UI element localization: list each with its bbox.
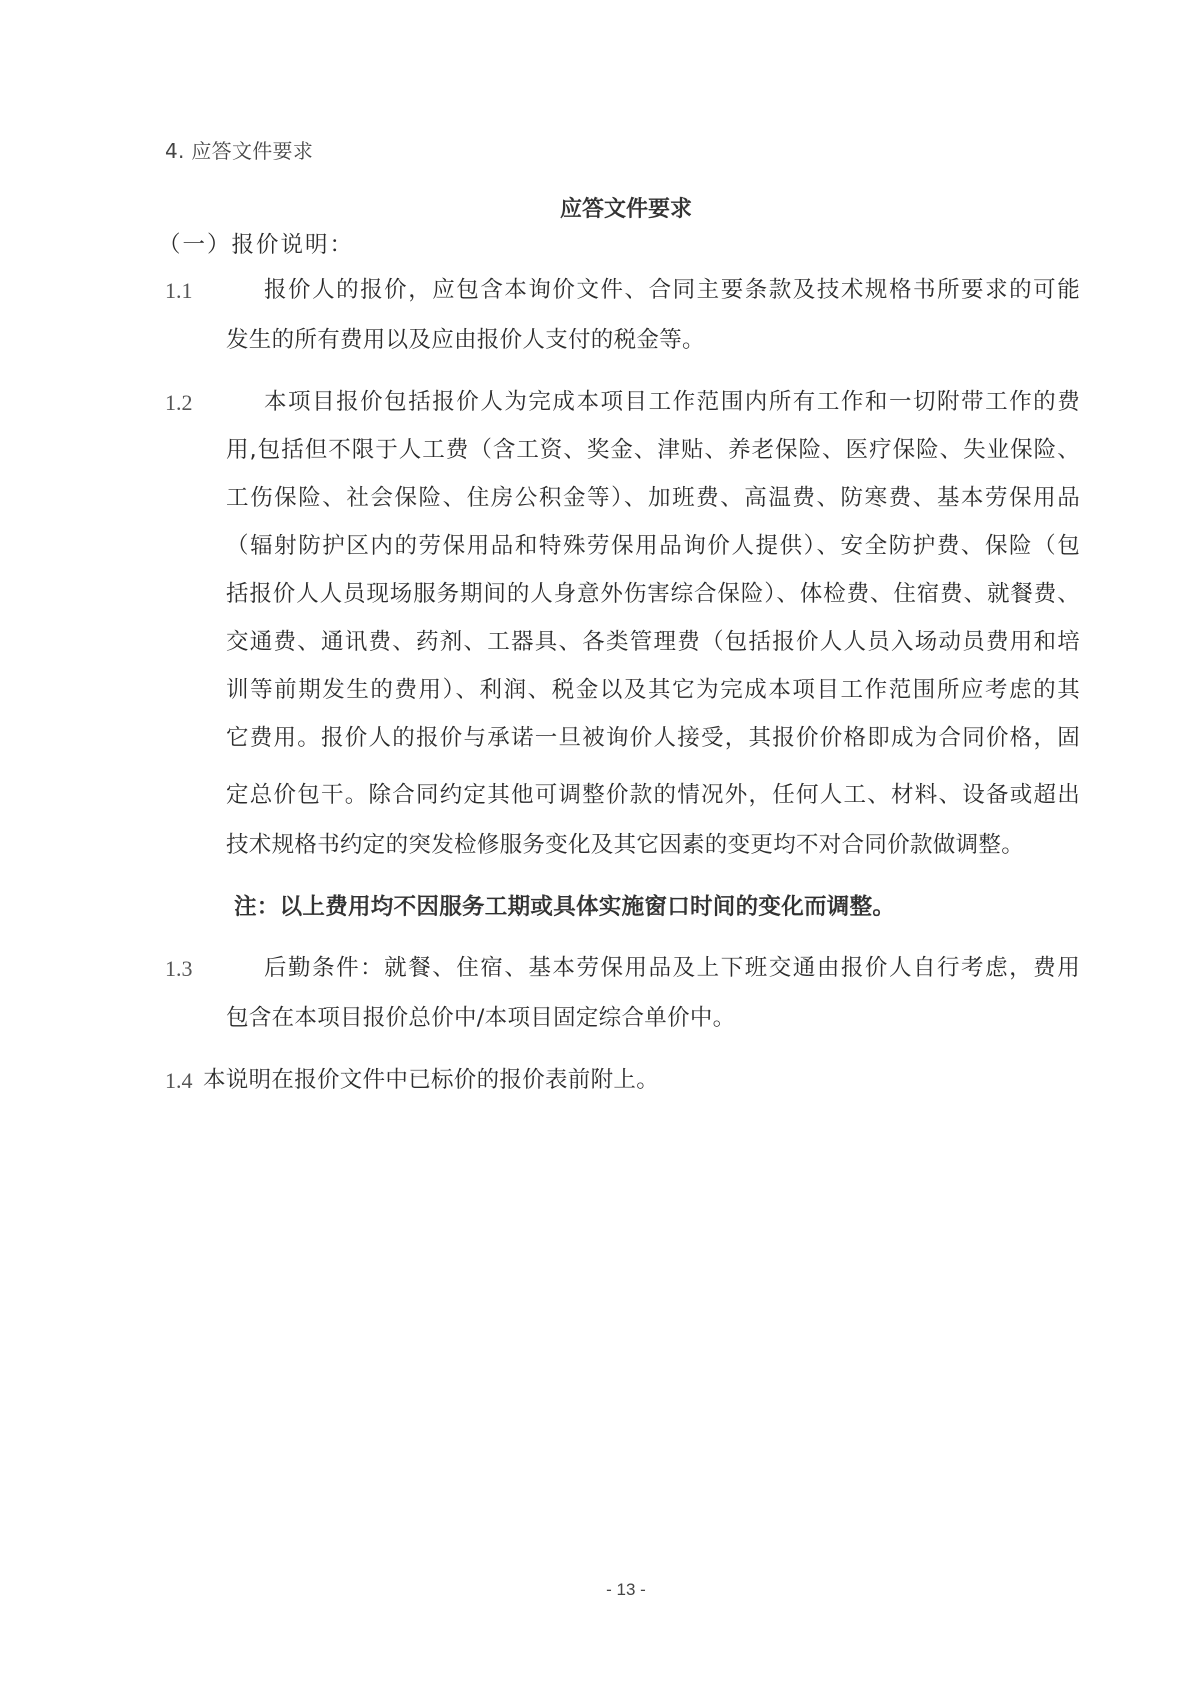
note-fixed-cost: 注：以上费用均不因服务工期或具体实施窗口时间的变化而调整。 [234, 896, 895, 919]
item-number-1-2: 1.2 [165, 392, 193, 414]
item-1-3-line: 后勤条件：就餐、住宿、基本劳保用品及上下班交通由报价人自行考虑，费用 [264, 957, 1080, 980]
item-1-3-line: 包含在本项目报价总价中/本项目固定综合单价中。 [226, 1007, 735, 1030]
subheading-pricing-notes: （一）报价说明： [158, 234, 354, 257]
item-1-1-line: 报价人的报价，应包含本询价文件、合同主要条款及技术规格书所要求的可能 [264, 279, 1080, 302]
document-title: 应答文件要求 [0, 199, 1200, 221]
item-1-2-line: 括报价人人员现场服务期间的人身意外伤害综合保险）、体检费、住宿费、就餐费、 [226, 583, 1080, 606]
item-1-2-line: 本项目报价包括报价人为完成本项目工作范围内所有工作和一切附带工作的费 [264, 391, 1080, 414]
item-1-2-line: 它费用。报价人的报价与承诺一旦被询价人接受，其报价价格即成为合同价格，固 [226, 727, 1080, 750]
item-number-1-1: 1.1 [165, 280, 193, 302]
item-1-2-line: （辐射防护区内的劳保用品和特殊劳保用品询价人提供）、安全防护费、保险（包 [226, 535, 1080, 558]
page-number: - 13 - [0, 1580, 1200, 1600]
item-1-2-line: 工伤保险、社会保险、住房公积金等）、加班费、高温费、防寒费、基本劳保用品 [226, 487, 1080, 510]
item-1-2-line: 技术规格书约定的突发检修服务变化及其它因素的变更均不对合同价款做调整。 [226, 834, 1024, 857]
item-1-2-line: 用,包括但不限于人工费（含工资、奖金、津贴、养老保险、医疗保险、失业保险、 [226, 439, 1080, 462]
item-number-1-3: 1.3 [165, 958, 193, 980]
item-1-2-line: 定总价包干。除合同约定其他可调整价款的情况外，任何人工、材料、设备或超出 [226, 784, 1080, 807]
item-1-2-line: 训等前期发生的费用）、利润、税金以及其它为完成本项目工作范围所应考虑的其 [226, 679, 1080, 702]
item-number-1-4: 1.4 [165, 1070, 193, 1092]
section-heading: 4. 应答文件要求 [165, 141, 313, 161]
item-1-4-line: 本说明在报价文件中已标价的报价表前附上。 [203, 1069, 659, 1092]
item-1-1-line: 发生的所有费用以及应由报价人支付的税金等。 [226, 329, 705, 352]
item-1-2-line: 交通费、通讯费、药剂、工器具、各类管理费（包括报价人人员入场动员费用和培 [226, 631, 1080, 654]
